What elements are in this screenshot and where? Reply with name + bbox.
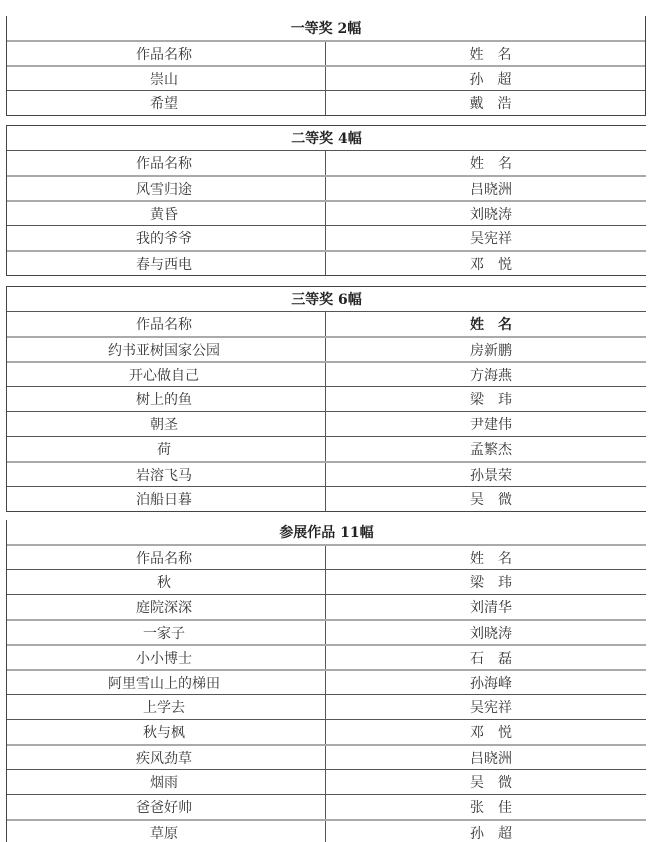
author-name: 孟繁杰 bbox=[326, 437, 646, 461]
work-title: 疾风劲草 bbox=[7, 746, 326, 769]
table-header-row: 作品名称 姓 名 bbox=[7, 150, 646, 175]
column-header-name: 姓 名 bbox=[326, 312, 646, 336]
table-row: 草原 孙 超 bbox=[7, 819, 646, 842]
work-title: 小小博士 bbox=[7, 646, 326, 669]
author-name: 孙 超 bbox=[326, 821, 646, 842]
table-row: 一家子 刘晓涛 bbox=[7, 619, 646, 644]
work-title: 泊船日暮 bbox=[7, 487, 326, 511]
column-header-title: 作品名称 bbox=[7, 546, 326, 569]
column-header-title: 作品名称 bbox=[7, 151, 326, 175]
table-row: 阿里雪山上的梯田 孙海峰 bbox=[7, 669, 646, 694]
author-name: 吕晓洲 bbox=[326, 177, 646, 200]
table-row: 疾风劲草 吕晓洲 bbox=[7, 744, 646, 769]
author-name: 戴 浩 bbox=[326, 91, 645, 115]
work-title: 黄昏 bbox=[7, 202, 326, 225]
work-title: 开心做自己 bbox=[7, 363, 326, 386]
section-heading: 一等奖 2幅 bbox=[7, 16, 645, 40]
work-title: 烟雨 bbox=[7, 770, 326, 794]
table-row: 爸爸好帅 张 佳 bbox=[7, 794, 646, 819]
author-name: 孙 超 bbox=[326, 67, 645, 90]
work-title: 树上的鱼 bbox=[7, 387, 326, 411]
table-row: 秋与枫 邓 悦 bbox=[7, 719, 646, 744]
author-name: 房新鹏 bbox=[326, 338, 646, 361]
author-name: 吴宪祥 bbox=[326, 695, 646, 719]
table-row: 希望 戴 浩 bbox=[7, 90, 645, 115]
award-table-first-prize: 一等奖 2幅 作品名称 姓 名 崇山 孙 超 希望 戴 浩 bbox=[6, 16, 646, 116]
author-name: 吴宪祥 bbox=[326, 226, 646, 250]
table-row: 秋 梁 玮 bbox=[7, 569, 646, 594]
table-row: 风雪归途 吕晓洲 bbox=[7, 175, 646, 200]
author-name: 尹建伟 bbox=[326, 412, 646, 436]
work-title: 上学去 bbox=[7, 695, 326, 719]
column-header-name: 姓 名 bbox=[326, 42, 645, 65]
table-header-row: 作品名称 姓 名 bbox=[7, 311, 646, 336]
work-title: 荷 bbox=[7, 437, 326, 461]
author-name: 吴 微 bbox=[326, 770, 646, 794]
work-title: 爸爸好帅 bbox=[7, 795, 326, 819]
table-row: 庭院深深 刘清华 bbox=[7, 594, 646, 619]
work-title: 草原 bbox=[7, 821, 326, 842]
author-name: 孙景荣 bbox=[326, 463, 646, 486]
work-title: 秋与枫 bbox=[7, 720, 326, 744]
work-title: 风雪归途 bbox=[7, 177, 326, 200]
table-row: 小小博士 石 磊 bbox=[7, 644, 646, 669]
section-heading: 二等奖 4幅 bbox=[7, 126, 646, 150]
table-header-row: 作品名称 姓 名 bbox=[7, 544, 646, 569]
author-name: 张 佳 bbox=[326, 795, 646, 819]
author-name: 梁 玮 bbox=[326, 387, 646, 411]
author-name: 孙海峰 bbox=[326, 671, 646, 694]
work-title: 阿里雪山上的梯田 bbox=[7, 671, 326, 694]
author-name: 邓 悦 bbox=[326, 252, 646, 275]
section-heading: 参展作品 11幅 bbox=[7, 520, 646, 544]
table-row: 崇山 孙 超 bbox=[7, 65, 645, 90]
column-header-name: 姓 名 bbox=[326, 546, 646, 569]
work-title: 崇山 bbox=[7, 67, 326, 90]
award-table-exhibition: 参展作品 11幅 作品名称 姓 名 秋 梁 玮 庭院深深 刘清华 一家子 刘晓涛… bbox=[6, 520, 646, 842]
column-header-title: 作品名称 bbox=[7, 312, 326, 336]
table-row: 我的爷爷 吴宪祥 bbox=[7, 225, 646, 250]
work-title: 秋 bbox=[7, 570, 326, 594]
section-heading: 三等奖 6幅 bbox=[7, 287, 646, 311]
work-title: 朝圣 bbox=[7, 412, 326, 436]
work-title: 岩溶飞马 bbox=[7, 463, 326, 486]
author-name: 吴 微 bbox=[326, 487, 646, 511]
author-name: 方海燕 bbox=[326, 363, 646, 386]
work-title: 春与西电 bbox=[7, 252, 326, 275]
table-row: 荷 孟繁杰 bbox=[7, 436, 646, 461]
award-table-third-prize: 三等奖 6幅 作品名称 姓 名 约书亚树国家公园 房新鹏 开心做自己 方海燕 树… bbox=[6, 286, 646, 512]
award-table-second-prize: 二等奖 4幅 作品名称 姓 名 风雪归途 吕晓洲 黄昏 刘晓涛 我的爷爷 吴宪祥… bbox=[6, 125, 646, 276]
column-header-name: 姓 名 bbox=[326, 151, 646, 175]
table-row: 烟雨 吴 微 bbox=[7, 769, 646, 794]
author-name: 刘清华 bbox=[326, 595, 646, 619]
table-row: 上学去 吴宪祥 bbox=[7, 694, 646, 719]
table-row: 朝圣 尹建伟 bbox=[7, 411, 646, 436]
author-name: 梁 玮 bbox=[326, 570, 646, 594]
author-name: 刘晓涛 bbox=[326, 202, 646, 225]
table-row: 岩溶飞马 孙景荣 bbox=[7, 461, 646, 486]
table-row: 开心做自己 方海燕 bbox=[7, 361, 646, 386]
table-header-row: 作品名称 姓 名 bbox=[7, 40, 645, 65]
table-row: 春与西电 邓 悦 bbox=[7, 250, 646, 275]
column-header-title: 作品名称 bbox=[7, 42, 326, 65]
work-title: 约书亚树国家公园 bbox=[7, 338, 326, 361]
table-row: 约书亚树国家公园 房新鹏 bbox=[7, 336, 646, 361]
table-row: 泊船日暮 吴 微 bbox=[7, 486, 646, 511]
work-title: 我的爷爷 bbox=[7, 226, 326, 250]
author-name: 刘晓涛 bbox=[326, 621, 646, 644]
author-name: 吕晓洲 bbox=[326, 746, 646, 769]
author-name: 石 磊 bbox=[326, 646, 646, 669]
work-title: 一家子 bbox=[7, 621, 326, 644]
work-title: 希望 bbox=[7, 91, 326, 115]
author-name: 邓 悦 bbox=[326, 720, 646, 744]
work-title: 庭院深深 bbox=[7, 595, 326, 619]
table-row: 黄昏 刘晓涛 bbox=[7, 200, 646, 225]
table-row: 树上的鱼 梁 玮 bbox=[7, 386, 646, 411]
